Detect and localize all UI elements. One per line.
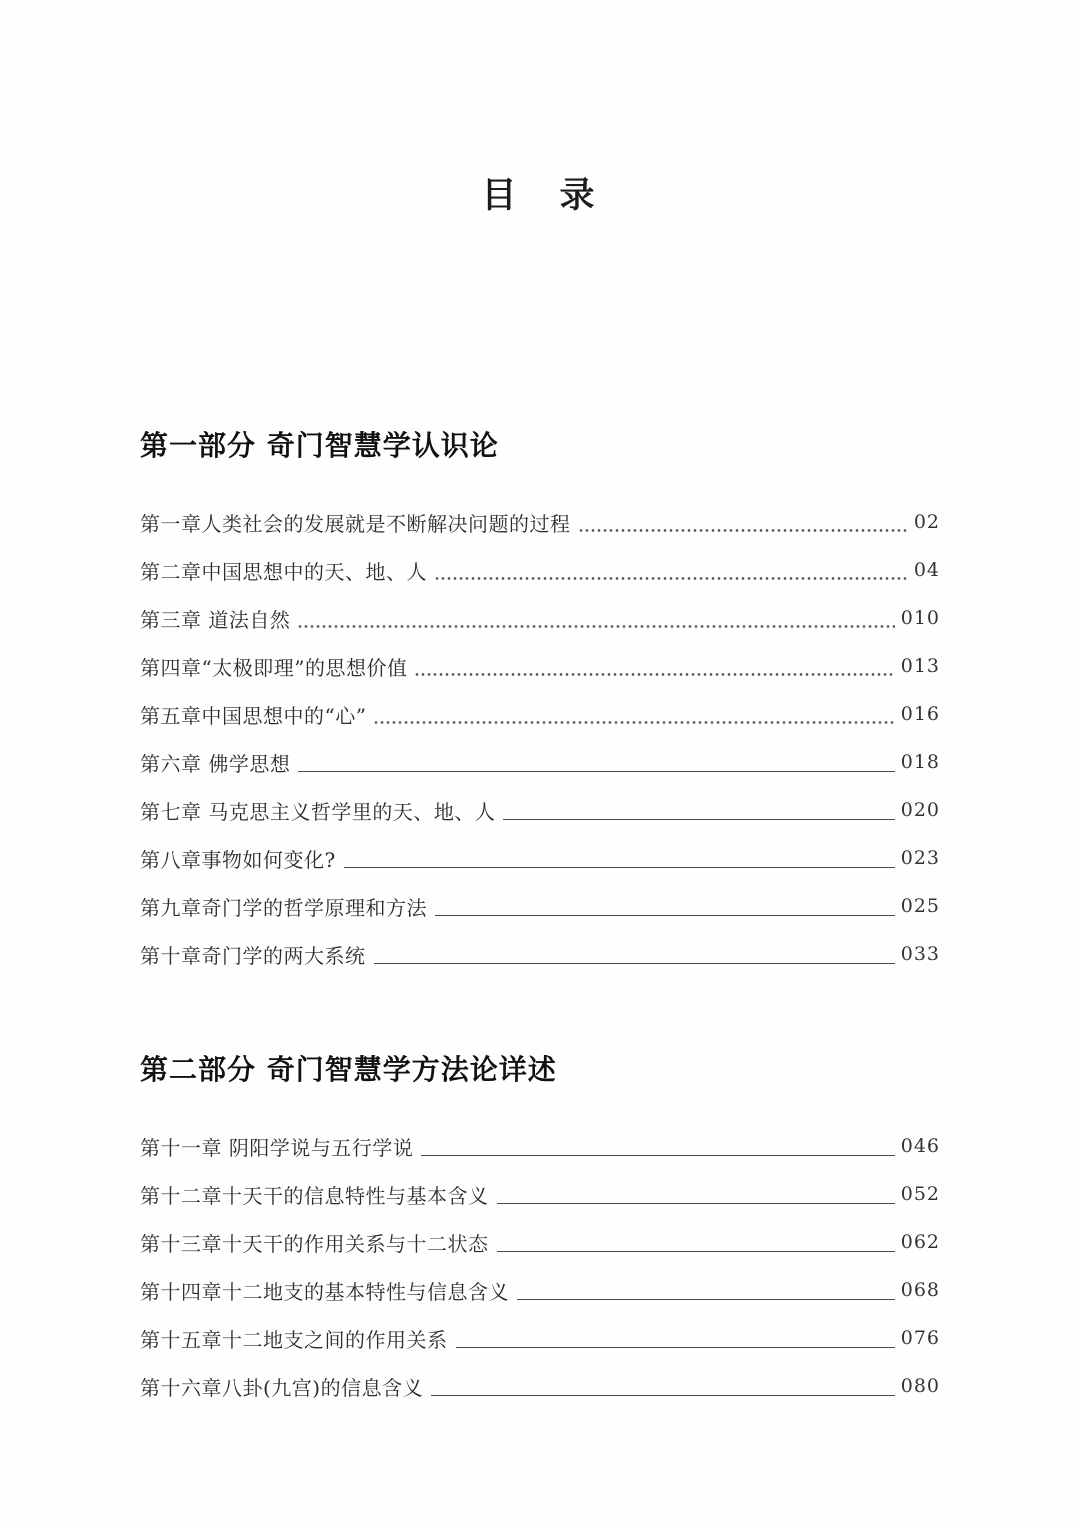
toc-entry: 第七章 马克思主义哲学里的天、地、人020 — [140, 786, 940, 834]
toc-entry: 第十三章十天干的作用关系与十二状态062 — [140, 1218, 940, 1266]
toc-leader-solid — [344, 867, 895, 868]
toc-entry-page: 068 — [901, 1279, 940, 1301]
toc-entry-title: 第四章“太极即理”的思想价值 — [140, 652, 407, 681]
toc-entry-page: 04 — [914, 559, 940, 581]
toc-entry-title: 第一章人类社会的发展就是不断解决问题的过程 — [140, 508, 571, 537]
page-title: 目 录 — [0, 0, 1080, 218]
toc-entry: 第一章人类社会的发展就是不断解决问题的过程02 — [140, 498, 940, 546]
section-heading-part-1: 第一部分 奇门智慧学认识论 — [140, 424, 940, 464]
toc-leader-solid — [456, 1347, 895, 1348]
toc-leader-solid — [497, 1203, 895, 1204]
toc-entry: 第十二章十天干的信息特性与基本含义052 — [140, 1170, 940, 1218]
toc-entry-title: 第十一章 阴阳学说与五行学说 — [140, 1132, 413, 1161]
toc-entry: 第十五章十二地支之间的作用关系076 — [140, 1314, 940, 1362]
toc-entry-page: 023 — [901, 847, 940, 869]
toc-entry: 第十六章八卦(九宫)的信息含义080 — [140, 1362, 940, 1410]
toc-entry: 第十四章十二地支的基本特性与信息含义068 — [140, 1266, 940, 1314]
toc-entry-title: 第十三章十天干的作用关系与十二状态 — [140, 1228, 489, 1257]
toc-leader-solid — [497, 1251, 895, 1252]
toc-entry-page: 016 — [901, 703, 940, 725]
toc-entry-page: 062 — [901, 1231, 940, 1253]
toc-entry: 第六章 佛学思想018 — [140, 738, 940, 786]
toc-entry-title: 第九章奇门学的哲学原理和方法 — [140, 892, 427, 921]
toc-leader-solid — [431, 1395, 895, 1396]
toc-entry-title: 第十五章十二地支之间的作用关系 — [140, 1324, 448, 1353]
toc-entry-title: 第八章事物如何变化? — [140, 844, 336, 873]
toc-leader-dotted — [435, 577, 908, 580]
toc-entry-page: 010 — [901, 607, 940, 629]
toc-leader-solid — [517, 1299, 895, 1300]
toc-entry-title: 第十四章十二地支的基本特性与信息含义 — [140, 1276, 509, 1305]
toc-entry-page: 02 — [914, 511, 940, 533]
toc-entry-page: 025 — [901, 895, 940, 917]
toc-entry: 第三章 道法自然010 — [140, 594, 940, 642]
toc-entry-page: 052 — [901, 1183, 940, 1205]
toc-leader-solid — [435, 915, 895, 916]
toc-entry-page: 020 — [901, 799, 940, 821]
toc-entry-title: 第二章中国思想中的天、地、人 — [140, 556, 427, 585]
toc-entry: 第十一章 阴阳学说与五行学说046 — [140, 1122, 940, 1170]
toc-entry-title: 第十二章十天干的信息特性与基本含义 — [140, 1180, 489, 1209]
toc-page: 目 录 第一部分 奇门智慧学认识论 第一章人类社会的发展就是不断解决问题的过程0… — [0, 0, 1080, 1528]
toc-leader-dotted — [298, 625, 894, 628]
toc-entry-page: 080 — [901, 1375, 940, 1397]
toc-leader-solid — [503, 819, 894, 820]
toc-leader-solid — [374, 963, 895, 964]
toc-entry-list: 第一章人类社会的发展就是不断解决问题的过程02第二章中国思想中的天、地、人04第… — [140, 498, 940, 978]
toc-content: 第一部分 奇门智慧学认识论 第一章人类社会的发展就是不断解决问题的过程02第二章… — [0, 424, 1080, 1410]
toc-entry: 第五章中国思想中的“心”016 — [140, 690, 940, 738]
toc-entry-title: 第六章 佛学思想 — [140, 748, 290, 777]
toc-entry-title: 第七章 马克思主义哲学里的天、地、人 — [140, 796, 495, 825]
toc-leader-dotted — [374, 721, 894, 724]
toc-leader-solid — [421, 1155, 894, 1156]
toc-entry-title: 第五章中国思想中的“心” — [140, 700, 366, 729]
toc-entry-title: 第三章 道法自然 — [140, 604, 290, 633]
toc-entry-page: 076 — [901, 1327, 940, 1349]
toc-entry: 第四章“太极即理”的思想价值013 — [140, 642, 940, 690]
toc-entry-page: 033 — [901, 943, 940, 965]
toc-entry-list: 第十一章 阴阳学说与五行学说046第十二章十天干的信息特性与基本含义052第十三… — [140, 1122, 940, 1410]
toc-entry-title: 第十六章八卦(九宫)的信息含义 — [140, 1372, 423, 1401]
toc-entry-page: 046 — [901, 1135, 940, 1157]
toc-leader-dotted — [415, 673, 894, 676]
toc-leader-solid — [298, 771, 894, 772]
toc-entry: 第九章奇门学的哲学原理和方法025 — [140, 882, 940, 930]
toc-entry: 第二章中国思想中的天、地、人04 — [140, 546, 940, 594]
toc-entry-page: 018 — [901, 751, 940, 773]
section-heading-part-2: 第二部分 奇门智慧学方法论详述 — [140, 1048, 940, 1088]
toc-entry: 第八章事物如何变化?023 — [140, 834, 940, 882]
toc-entry-page: 013 — [901, 655, 940, 677]
toc-entry: 第十章奇门学的两大系统033 — [140, 930, 940, 978]
toc-leader-dotted — [579, 529, 908, 532]
toc-entry-title: 第十章奇门学的两大系统 — [140, 940, 366, 969]
